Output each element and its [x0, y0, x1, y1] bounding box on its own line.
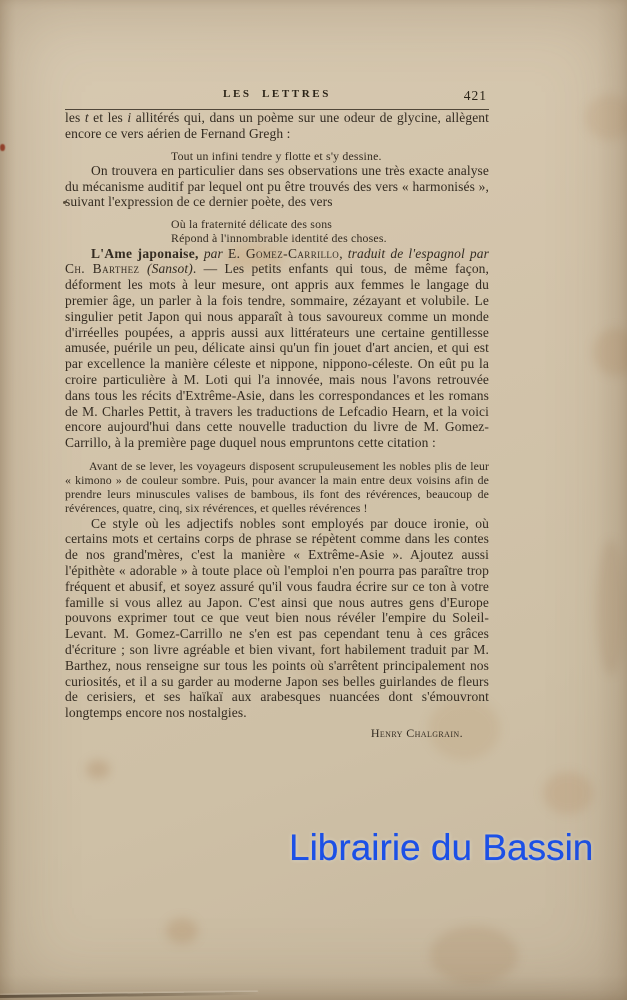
text-run: . —: [193, 261, 225, 276]
paragraph-commentary: Ce style où les adjectifs nobles sont em…: [65, 516, 489, 721]
paragraph-continuation: les t et les i allitérés qui, dans un po…: [65, 110, 489, 142]
signature-name: Henry Chalgrain.: [371, 726, 463, 740]
paper-stain: [86, 760, 110, 779]
text-run: ,: [339, 246, 348, 261]
paragraph-review: L'Ame japonaise, par E. Gomez-Carrillo, …: [65, 246, 489, 451]
review-translator: Ch. Barthez: [65, 261, 147, 276]
paper-stain: [166, 918, 198, 944]
text-run: les: [65, 110, 85, 125]
paper-stain: [430, 926, 518, 984]
review-translated-by: traduit de l'espagnol par: [348, 246, 489, 261]
page-edge-line: [0, 992, 258, 998]
text-column: LES LETTRES 421 les t et les i allitérés…: [65, 84, 489, 741]
verse-line: Répond à l'innombrable identité des chos…: [171, 231, 489, 245]
paper-stain: [543, 772, 593, 814]
review-book-title: L'Ame japonaise,: [91, 246, 199, 261]
book-page-scan: LES LETTRES 421 les t et les i allitérés…: [0, 0, 627, 1000]
running-head-title: LES LETTRES: [223, 88, 331, 100]
verse-quote-couplet: Où la fraternité délicate des sons Répon…: [171, 217, 489, 245]
review-publisher: (Sansot): [147, 261, 193, 276]
page-number: 421: [464, 88, 487, 104]
paper-stain: [585, 95, 627, 140]
red-speck: [0, 144, 5, 151]
reviewer-signature: Henry Chalgrain.: [65, 726, 489, 741]
review-by: par: [199, 246, 228, 261]
paper-stain: [596, 540, 626, 675]
verse-line: Tout un infini tendre y flotte et s'y de…: [171, 149, 489, 163]
paragraph-observations: On trouvera en particulier dans ses obse…: [65, 163, 489, 210]
paper-stain: [593, 328, 627, 376]
page-header: LES LETTRES 421: [65, 84, 489, 110]
quotation-block: Avant de se lever, les voyageurs dispose…: [65, 460, 489, 516]
review-body-text: Les petits enfants qui tous, de même faç…: [65, 261, 489, 450]
review-author: E. Gomez-Carrillo: [228, 246, 339, 261]
verse-line: Où la fraternité délicate des sons: [171, 217, 489, 231]
text-run: et les: [89, 110, 128, 125]
verse-quote-single: Tout un infini tendre y flotte et s'y de…: [171, 149, 489, 163]
bookseller-watermark: Librairie du Bassin: [289, 827, 593, 869]
